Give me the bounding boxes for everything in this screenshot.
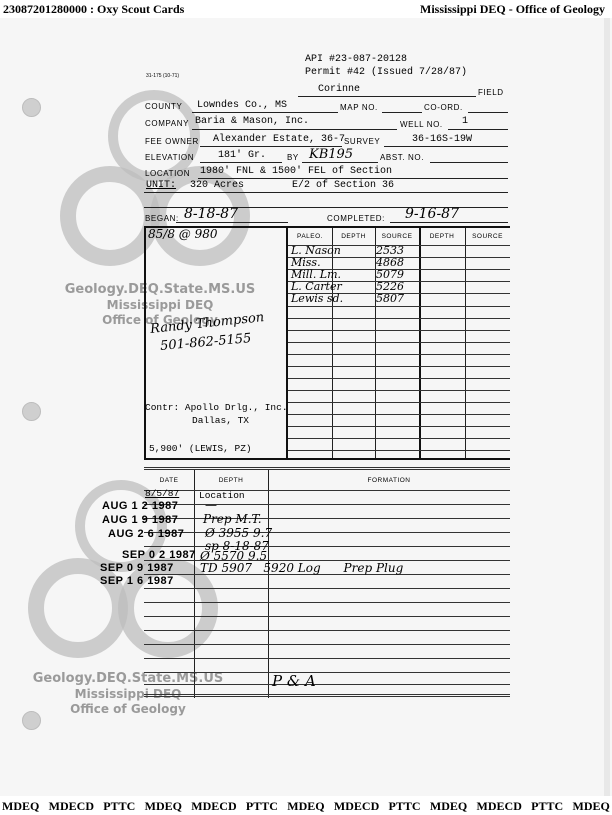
tops-header-depth: DEPTH <box>332 233 375 240</box>
footer-item: PTTC <box>103 799 135 815</box>
log-entry: Prep M.T. <box>203 512 262 526</box>
elevation-value: 181' Gr. <box>218 150 266 161</box>
coord-label: CO-ORD. <box>424 103 463 112</box>
date-stamp: SEP 0 9 1987 <box>100 562 174 574</box>
watermark-office: Office of Geology <box>28 702 228 717</box>
began-value: 8-18-87 <box>184 206 238 222</box>
header-org: Mississippi DEQ - Office of Geology <box>420 2 605 17</box>
well-label: WELL NO. <box>400 120 443 129</box>
company-label: COMPANY <box>145 119 189 128</box>
log-entry: Ø 3955 9.7 <box>205 526 272 540</box>
completed-value: 9-16-87 <box>405 206 459 222</box>
api-number: API #23-087-20128 <box>305 54 407 65</box>
location-value: 1980' FNL & 1500' FEL of Section <box>200 166 392 177</box>
field-label: FIELD <box>478 88 504 97</box>
completed-label: COMPLETED: <box>327 214 385 223</box>
permit-number: Permit #42 (Issued 7/28/87) <box>305 67 467 78</box>
fee-owner-value: Alexander Estate, 36-7 <box>213 134 345 145</box>
tops-header-depth-2: DEPTH <box>419 233 465 240</box>
log-date: 8/5/87 <box>145 488 179 499</box>
footer-item: MDEQ <box>430 799 467 815</box>
footer-item: MDECD <box>49 799 94 815</box>
fee-owner-label: FEE OWNER <box>145 137 199 146</box>
map-label: MAP NO. <box>340 103 378 112</box>
tops-header-source: SOURCE <box>375 233 419 240</box>
casing-note: 85/8 @ 980 <box>148 227 217 241</box>
elevation-label: ELEVATION <box>145 153 194 162</box>
county-label: COUNTY <box>145 102 182 111</box>
tops-row-formation: Lewis sd. <box>291 292 343 305</box>
county-value: Lowndes Co., MS <box>197 100 287 111</box>
footer-bar: MDEQ MDECD PTTC MDEQ MDECD PTTC MDEQ MDE… <box>0 796 612 815</box>
footer-item: PTTC <box>389 799 421 815</box>
log-header-date: DATE <box>144 477 194 484</box>
by-value: KB195 <box>309 147 353 162</box>
date-stamp: AUG 1 9 1987 <box>102 514 178 526</box>
footer-item: PTTC <box>531 799 563 815</box>
hole-punch-icon <box>22 98 41 117</box>
footer-item: PTTC <box>246 799 278 815</box>
header-bar: 23087201280000 : Oxy Scout Cards Mississ… <box>0 0 612 18</box>
tops-header-paleo: PALEO. <box>288 233 332 240</box>
footer-item: MDECD <box>334 799 379 815</box>
tops-row-depth: 5807 <box>376 292 404 305</box>
location-label: LOCATION <box>145 169 190 178</box>
tops-header-source-2: SOURCE <box>465 233 510 240</box>
footer-item: MDECD <box>477 799 522 815</box>
company-value: Baria & Mason, Inc. <box>195 116 309 127</box>
hole-punch-icon <box>22 402 41 421</box>
date-stamp: SEP 1 6 1987 <box>100 575 174 587</box>
by-label: BY <box>287 153 299 162</box>
header-title: 23087201280000 : Oxy Scout Cards <box>3 2 184 17</box>
contractor: Contr: Apollo Drlg., Inc. <box>145 402 288 413</box>
date-stamp: AUG 1 2 1987 <box>102 500 178 512</box>
date-stamp: AUG 2 6 1987 <box>108 528 184 540</box>
log-entry: — <box>205 498 217 512</box>
abst-label: ABST. NO. <box>380 153 424 162</box>
field-value: Corinne <box>318 84 360 95</box>
footer-item: MDEQ <box>287 799 324 815</box>
footer-item: MDECD <box>191 799 236 815</box>
form-number: 31-175 (10-71) <box>146 73 179 79</box>
footer-item: MDEQ <box>145 799 182 815</box>
log-table-top <box>144 467 510 470</box>
contractor-city: Dallas, TX <box>192 415 249 426</box>
survey-value: 36-16S-19W <box>412 134 472 145</box>
unit-desc: E/2 of Section 36 <box>292 180 394 191</box>
projected-depth: 5,900' (LEWIS, PZ) <box>149 443 252 454</box>
scanned-card: Geology.DEQ.State.MS.US Mississippi DEQ … <box>0 18 612 796</box>
unit-label: UNIT: <box>146 180 176 191</box>
log-entry: TD 5907 5920 Log Prep Plug <box>200 561 403 575</box>
date-stamp: SEP 0 2 1987 <box>122 549 196 561</box>
footer-item: MDEQ <box>573 799 610 815</box>
well-value: 1 <box>462 116 468 127</box>
plugged-abandoned-mark: P & A <box>272 672 316 690</box>
unit-value: 320 Acres <box>190 180 244 191</box>
log-header-depth: DEPTH <box>194 477 268 484</box>
footer-item: MDEQ <box>2 799 39 815</box>
began-label: BEGAN: <box>145 214 179 223</box>
survey-label: SURVEY <box>344 137 380 146</box>
page-edge <box>604 18 610 796</box>
log-header-formation: FORMATION <box>268 477 510 484</box>
